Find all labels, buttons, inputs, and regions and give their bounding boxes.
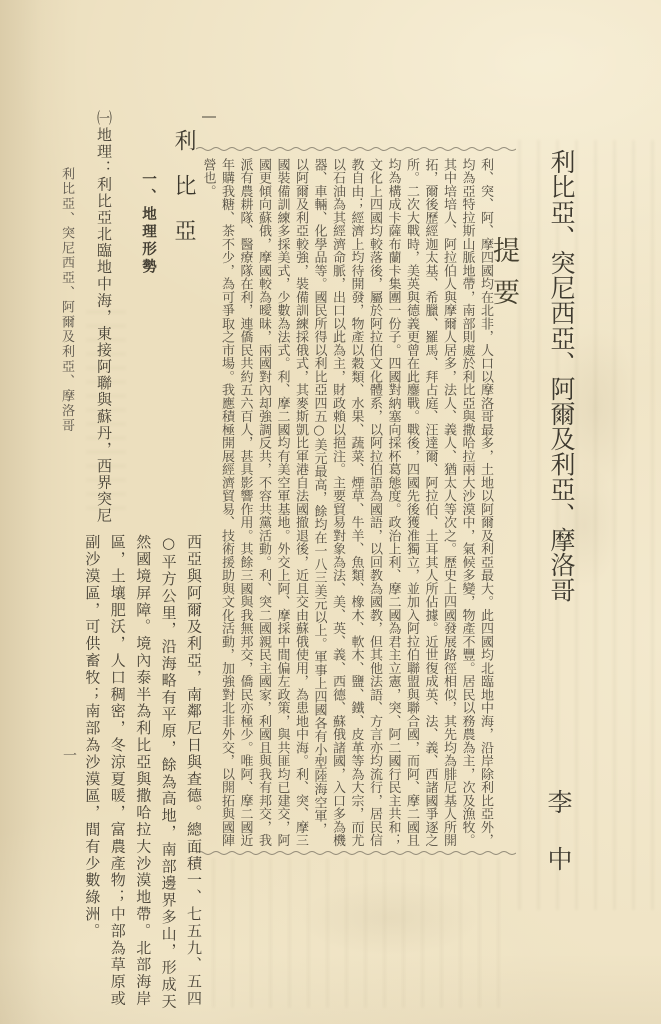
scanned-page: 利比亞、突尼西亞、阿爾及利亞、摩洛哥 提要 李中 利、突、阿、摩四國均在北非，人…	[0, 0, 661, 1024]
subsection-header: 一、地理形勢	[141, 171, 159, 281]
running-title: 利比亞、突尼西亞、阿爾及利亞、摩洛哥	[60, 167, 76, 451]
showthrough-texture-right	[518, 140, 656, 910]
page-number: 一	[63, 748, 79, 768]
article-title: 利比亞、突尼西亞、阿爾及利亞、摩洛哥	[551, 149, 579, 635]
author-name: 李中	[549, 789, 576, 919]
abstract-label: 提要	[495, 236, 523, 328]
showthrough-texture-bottom	[212, 858, 512, 1008]
section-header: 利比亞	[175, 129, 199, 269]
abstract-text: 利、突、阿、摩四國均在北非，人口以摩洛哥最多，土地以阿爾及利亞最大。此四國均北臨…	[196, 158, 494, 848]
wavy-divider-bottom	[196, 849, 516, 856]
body-text-lower-block: 西亞與阿爾及利亞，南鄰尼日與查德。總面積一、七五九、五四○平方公里，沿海略有平原…	[79, 534, 206, 1011]
stray-mark	[202, 116, 216, 118]
wavy-divider-top	[196, 145, 516, 152]
paper-stain	[270, 870, 510, 990]
body-text-first-column: ㈠地理：利比亞北臨地中海，東接阿聯與蘇丹，西界突尼	[97, 110, 115, 525]
